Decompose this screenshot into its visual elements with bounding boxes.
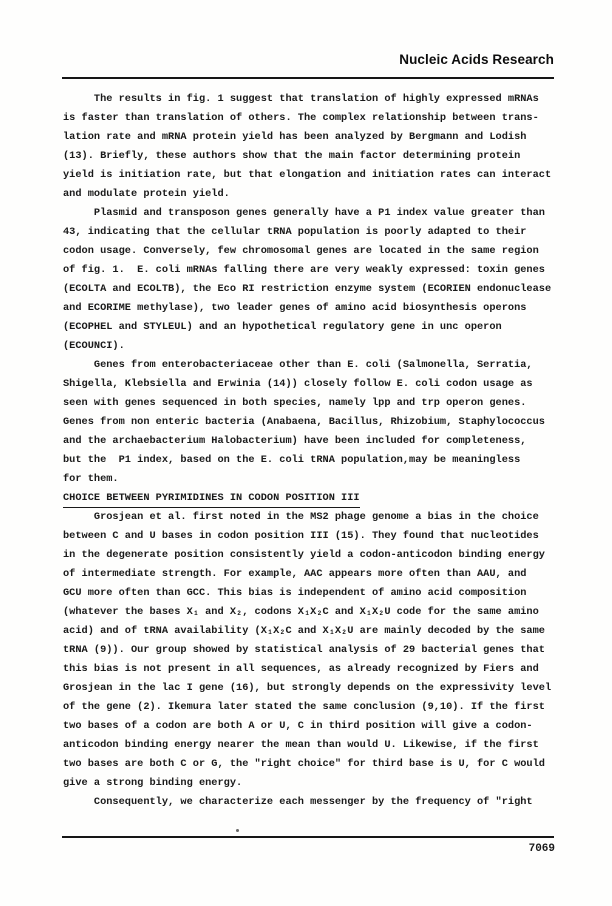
text-line: The results in fig. 1 suggest that trans…	[63, 90, 563, 109]
text-line: of intermediate strength. For example, A…	[63, 565, 563, 584]
text-line: anticodon binding energy nearer the mean…	[63, 736, 563, 755]
text-line: (ECOUNCI).	[63, 337, 563, 356]
text-line: GCU more often than GCC. This bias is in…	[63, 584, 563, 603]
text-line: give a strong binding energy.	[63, 774, 563, 793]
text-line: is faster than translation of others. Th…	[63, 109, 563, 128]
text-line: tRNA (9)). Our group showed by statistic…	[63, 641, 563, 660]
body-text: The results in fig. 1 suggest that trans…	[63, 90, 563, 812]
text-line: (13). Briefly, these authors show that t…	[63, 147, 563, 166]
text-line: 43, indicating that the cellular tRNA po…	[63, 223, 563, 242]
text-line: two bases are both C or G, the "right ch…	[63, 755, 563, 774]
text-line: (ECOPHEL and STYLEUL) and an hypothetica…	[63, 318, 563, 337]
footer-rule	[62, 836, 554, 838]
text-line: of the gene (2). Ikemura later stated th…	[63, 698, 563, 717]
text-line: Grosjean et al. first noted in the MS2 p…	[63, 508, 563, 527]
text-line: two bases of a codon are both A or U, C …	[63, 717, 563, 736]
text-line: (whatever the bases X₁ and X₂, codons X₁…	[63, 603, 563, 622]
text-line: in the degenerate position consistently …	[63, 546, 563, 565]
text-line: (ECOLTA and ECOLTB), the Eco RI restrict…	[63, 280, 563, 299]
text-line: codon usage. Conversely, few chromosomal…	[63, 242, 563, 261]
section-heading-text: CHOICE BETWEEN PYRIMIDINES IN CODON POSI…	[63, 490, 360, 508]
text-line: yield is initiation rate, but that elong…	[63, 166, 563, 185]
text-line: and modulate protein yield.	[63, 185, 563, 204]
text-line: but the P1 index, based on the E. coli t…	[63, 451, 563, 470]
text-line: Grosjean in the lac I gene (16), but str…	[63, 679, 563, 698]
text-line: and ECORIME methylase), two leader genes…	[63, 299, 563, 318]
text-line: and the archaebacterium Halobacterium) h…	[63, 432, 563, 451]
section-heading: CHOICE BETWEEN PYRIMIDINES IN CODON POSI…	[63, 489, 563, 508]
text-line: Genes from non enteric bacteria (Anabaen…	[63, 413, 563, 432]
page-number: 7069	[0, 843, 555, 855]
text-line: this bias is not present in all sequence…	[63, 660, 563, 679]
text-line: lation rate and mRNA protein yield has b…	[63, 128, 563, 147]
text-line: for them.	[63, 470, 563, 489]
journal-title: Nucleic Acids Research	[0, 52, 554, 67]
text-line: Genes from enterobacteriaceae other than…	[63, 356, 563, 375]
text-line: Shigella, Klebsiella and Erwinia (14)) c…	[63, 375, 563, 394]
text-line: Plasmid and transposon genes generally h…	[63, 204, 563, 223]
text-line: seen with genes sequenced in both specie…	[63, 394, 563, 413]
text-line: between C and U bases in codon position …	[63, 527, 563, 546]
text-line: Consequently, we characterize each messe…	[63, 793, 563, 812]
scan-speck	[236, 829, 239, 832]
header-rule	[62, 77, 554, 79]
text-line: of fig. 1. E. coli mRNAs falling there a…	[63, 261, 563, 280]
text-line: acid) and of tRNA availability (X₁X₂C an…	[63, 622, 563, 641]
journal-page: Nucleic Acids Research The results in fi…	[0, 0, 612, 906]
